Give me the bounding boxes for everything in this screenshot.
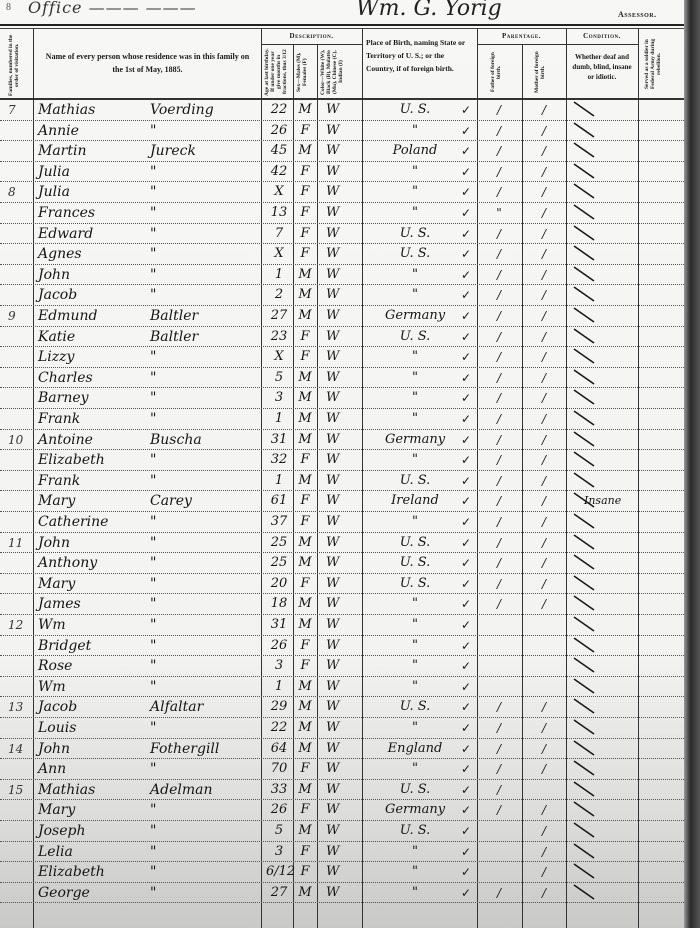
birthplace-cell: " (370, 347, 460, 365)
mother-foreign-cell: / (524, 553, 564, 571)
condition-cell: Insane (568, 491, 636, 509)
color-cell: W (320, 182, 366, 200)
sex-cell: M (294, 430, 316, 448)
given-name-cell: Julia (38, 182, 158, 200)
mother-foreign-cell: / (524, 883, 564, 901)
table-row: Bridget " 26 F W " ✓ (0, 636, 688, 657)
condition-text: Insane (584, 491, 621, 511)
condition-cell (568, 821, 636, 839)
sex-cell: F (294, 121, 316, 139)
sex-cell: M (294, 780, 316, 798)
mother-foreign-cell: / (524, 244, 564, 262)
top-rule (0, 24, 688, 26)
condition-cell (568, 636, 636, 654)
age-cell: 45 (266, 141, 292, 159)
age-cell: 2 (266, 285, 292, 303)
mother-foreign-cell: / (524, 182, 564, 200)
condition-cell (568, 203, 636, 221)
slash-mark-icon (572, 101, 598, 117)
sex-cell: M (294, 718, 316, 736)
table-row: Edward " 7 F W U. S. ✓ / / (0, 224, 688, 245)
father-foreign-cell: / (478, 121, 520, 139)
check-mark-icon: ✓ (458, 409, 474, 427)
birthplace-cell: " (370, 636, 460, 654)
table-row: John " 1 M W " ✓ / / (0, 265, 688, 286)
header-family-number: Families, numbered in the order of visit… (8, 34, 28, 96)
color-cell: W (320, 203, 366, 221)
surname-cell: " (150, 265, 260, 283)
condition-cell (568, 842, 636, 860)
served-cell (640, 100, 685, 118)
birthplace-cell: " (370, 388, 460, 406)
family-number-cell: 14 (8, 739, 30, 757)
table-row: George " 27 M W " ✓ / / (0, 883, 688, 904)
color-cell: W (320, 759, 366, 777)
father-foreign-cell: / (478, 285, 520, 303)
sex-cell: F (294, 574, 316, 592)
surname-cell: " (150, 121, 260, 139)
given-name-cell: Agnes (38, 244, 158, 262)
color-cell: W (320, 244, 366, 262)
father-foreign-cell: / (478, 182, 520, 200)
surname-cell: " (150, 759, 260, 777)
slash-mark-icon (572, 307, 598, 323)
sex-cell: M (294, 471, 316, 489)
check-mark-icon: ✓ (458, 636, 474, 654)
condition-cell (568, 244, 636, 262)
given-name-cell: Jacob (38, 285, 158, 303)
father-foreign-cell: / (478, 574, 520, 592)
assessor-name: Wm. G. Yorig (356, 0, 502, 21)
condition-cell (568, 306, 636, 324)
color-cell: W (320, 533, 366, 551)
condition-cell (568, 656, 636, 674)
served-cell (640, 697, 685, 715)
surname-cell: " (150, 636, 260, 654)
given-name-cell: Barney (38, 388, 158, 406)
family-number-cell (8, 409, 30, 427)
slash-mark-icon (572, 884, 598, 900)
given-name-cell: Bridget (38, 636, 158, 654)
family-number-cell (8, 821, 30, 839)
birthplace-cell: U. S. (370, 553, 460, 571)
birthplace-cell: Germany (370, 430, 460, 448)
condition-cell (568, 162, 636, 180)
table-row: 12 Wm " 31 M W " ✓ (0, 615, 688, 636)
surname-cell: " (150, 203, 260, 221)
sex-cell: F (294, 450, 316, 468)
mother-foreign-cell (524, 780, 564, 798)
color-cell: W (320, 821, 366, 839)
check-mark-icon: ✓ (458, 842, 474, 860)
condition-cell (568, 368, 636, 386)
sex-cell: F (294, 244, 316, 262)
color-cell: W (320, 430, 366, 448)
family-number-cell (8, 368, 30, 386)
assessor-label: Assessor. (618, 10, 657, 19)
table-row: 14 John Fothergill 64 M W England ✓ / / (0, 739, 688, 760)
age-cell: 61 (266, 491, 292, 509)
given-name-cell: Mary (38, 800, 158, 818)
age-cell: 6/12 (266, 862, 292, 880)
birthplace-cell: " (370, 368, 460, 386)
sex-cell: M (294, 409, 316, 427)
age-cell: 33 (266, 780, 292, 798)
slash-mark-icon (572, 122, 598, 138)
family-number-cell: 13 (8, 697, 30, 715)
table-row: 8 Julia " X F W " ✓ / / (0, 182, 688, 203)
given-name-cell: Frank (38, 409, 158, 427)
family-number-cell (8, 656, 30, 674)
mother-foreign-cell: / (524, 306, 564, 324)
color-cell: W (320, 285, 366, 303)
surname-cell: " (150, 883, 260, 901)
surname-cell: " (150, 224, 260, 242)
slash-mark-icon (572, 163, 598, 179)
family-number-cell (8, 450, 30, 468)
family-number-cell (8, 244, 30, 262)
served-cell (640, 615, 685, 633)
served-cell (640, 533, 685, 551)
age-cell: 31 (266, 615, 292, 633)
father-foreign-cell: / (478, 471, 520, 489)
condition-cell (568, 533, 636, 551)
mother-foreign-cell: / (524, 697, 564, 715)
given-name-cell: Frances (38, 203, 158, 221)
table-row: Ann " 70 F W " ✓ / / (0, 759, 688, 780)
table-row: Catherine " 37 F W " ✓ / / (0, 512, 688, 533)
table-row: Elizabeth " 32 F W " ✓ / / (0, 450, 688, 471)
sex-cell: M (294, 141, 316, 159)
father-foreign-cell: / (478, 141, 520, 159)
slash-mark-icon (572, 781, 598, 797)
mother-foreign-cell: / (524, 533, 564, 551)
description-subrule (261, 44, 362, 45)
table-row: Louis " 22 M W " ✓ / / (0, 718, 688, 739)
check-mark-icon: ✓ (458, 883, 474, 901)
family-number-cell (8, 718, 30, 736)
header-color: Color—White (W), Black (B), Mulatto (Mu)… (320, 47, 358, 97)
family-number-cell (8, 574, 30, 592)
mother-foreign-cell: / (524, 759, 564, 777)
check-mark-icon: ✓ (458, 327, 474, 345)
surname-cell: Baltler (150, 306, 260, 324)
given-name-cell: Edmund (38, 306, 158, 324)
surname-cell: " (150, 368, 260, 386)
slash-mark-icon (572, 142, 598, 158)
condition-cell (568, 800, 636, 818)
birthplace-cell: U. S. (370, 533, 460, 551)
condition-cell (568, 677, 636, 695)
sex-cell: F (294, 842, 316, 860)
given-name-cell: George (38, 883, 158, 901)
family-number-cell (8, 388, 30, 406)
age-cell: X (266, 244, 292, 262)
table-row: Rose " 3 F W " ✓ (0, 656, 688, 677)
header-description: Description. (261, 32, 362, 40)
check-mark-icon: ✓ (458, 615, 474, 633)
color-cell: W (320, 739, 366, 757)
father-foreign-cell: / (478, 162, 520, 180)
served-cell (640, 430, 685, 448)
sex-cell: M (294, 883, 316, 901)
surname-cell: " (150, 450, 260, 468)
header-parentage: Parentage. (477, 32, 566, 40)
birthplace-cell: " (370, 718, 460, 736)
birthplace-cell: Germany (370, 800, 460, 818)
father-foreign-cell: / (478, 594, 520, 612)
given-name-cell: Joseph (38, 821, 158, 839)
birthplace-cell: " (370, 594, 460, 612)
father-foreign-cell: / (478, 368, 520, 386)
parentage-subrule (477, 44, 566, 45)
table-row: Julia " 42 F W " ✓ / / (0, 162, 688, 183)
condition-cell (568, 862, 636, 880)
birthplace-cell: U. S. (370, 780, 460, 798)
slash-mark-icon (572, 575, 598, 591)
check-mark-icon: ✓ (458, 347, 474, 365)
father-foreign-cell: / (478, 718, 520, 736)
given-name-cell: Martin (38, 141, 158, 159)
slash-mark-icon (572, 534, 598, 550)
check-mark-icon: ✓ (458, 491, 474, 509)
age-cell: 70 (266, 759, 292, 777)
mother-foreign-cell: / (524, 347, 564, 365)
served-cell (640, 553, 685, 571)
served-cell (640, 121, 685, 139)
given-name-cell: Elizabeth (38, 450, 158, 468)
family-number-cell: 8 (8, 182, 30, 200)
father-foreign-cell: / (478, 512, 520, 530)
given-name-cell: Lizzy (38, 347, 158, 365)
condition-cell (568, 121, 636, 139)
father-foreign-cell (478, 656, 520, 674)
birthplace-cell: " (370, 677, 460, 695)
given-name-cell: Jacob (38, 697, 158, 715)
color-cell: W (320, 615, 366, 633)
age-cell: 32 (266, 450, 292, 468)
birthplace-cell: " (370, 121, 460, 139)
check-mark-icon: ✓ (458, 594, 474, 612)
father-foreign-cell (478, 821, 520, 839)
header-birthplace: Place of Birth, naming State or Territor… (366, 36, 474, 75)
family-number-cell (8, 162, 30, 180)
served-cell (640, 574, 685, 592)
given-name-cell: Edward (38, 224, 158, 242)
slash-mark-icon (572, 389, 598, 405)
slash-mark-icon (572, 801, 598, 817)
check-mark-icon: ✓ (458, 553, 474, 571)
served-cell (640, 718, 685, 736)
given-name-cell: Elizabeth (38, 862, 158, 880)
family-number-cell (8, 327, 30, 345)
served-cell (640, 347, 685, 365)
family-number-cell (8, 636, 30, 654)
family-number-cell (8, 471, 30, 489)
birthplace-cell: England (370, 739, 460, 757)
sex-cell: F (294, 182, 316, 200)
sex-cell: F (294, 759, 316, 777)
slash-mark-icon (572, 369, 598, 385)
mother-foreign-cell: / (524, 450, 564, 468)
age-cell: 1 (266, 265, 292, 283)
surname-cell: " (150, 285, 260, 303)
birthplace-cell: " (370, 265, 460, 283)
birthplace-cell: U. S. (370, 471, 460, 489)
given-name-cell: Lelia (38, 842, 158, 860)
age-cell: 18 (266, 594, 292, 612)
mother-foreign-cell: / (524, 574, 564, 592)
mother-foreign-cell: / (524, 821, 564, 839)
condition-cell (568, 471, 636, 489)
surname-cell: Fothergill (150, 739, 260, 757)
given-name-cell: Mary (38, 491, 158, 509)
served-cell (640, 780, 685, 798)
served-cell (640, 244, 685, 262)
family-number-cell (8, 347, 30, 365)
age-cell: 1 (266, 471, 292, 489)
color-cell: W (320, 388, 366, 406)
age-cell: 7 (266, 224, 292, 242)
header-condition: Condition. (566, 32, 638, 40)
family-number-cell (8, 677, 30, 695)
color-cell: W (320, 471, 366, 489)
served-cell (640, 471, 685, 489)
age-cell: 13 (266, 203, 292, 221)
surname-cell: " (150, 388, 260, 406)
check-mark-icon: ✓ (458, 368, 474, 386)
father-foreign-cell: / (478, 224, 520, 242)
father-foreign-cell (478, 615, 520, 633)
condition-cell (568, 285, 636, 303)
check-mark-icon: ✓ (458, 821, 474, 839)
family-number-cell (8, 491, 30, 509)
served-cell (640, 141, 685, 159)
served-cell (640, 842, 685, 860)
father-foreign-cell (478, 862, 520, 880)
mother-foreign-cell (524, 656, 564, 674)
color-cell: W (320, 862, 366, 880)
age-cell: 5 (266, 368, 292, 386)
sex-cell: F (294, 491, 316, 509)
surname-cell: Voerding (150, 100, 260, 118)
table-row: Joseph " 5 M W U. S. ✓ / (0, 821, 688, 842)
age-cell: X (266, 182, 292, 200)
table-row: Charles " 5 M W " ✓ / / (0, 368, 688, 389)
slash-mark-icon (572, 451, 598, 467)
mother-foreign-cell: / (524, 265, 564, 283)
header-father: Father of foreign birth. (490, 48, 510, 96)
given-name-cell: Mathias (38, 100, 158, 118)
surname-cell: " (150, 533, 260, 551)
condition-cell (568, 512, 636, 530)
served-cell (640, 368, 685, 386)
check-mark-icon: ✓ (458, 656, 474, 674)
slash-mark-icon (572, 740, 598, 756)
birthplace-cell: Poland (370, 141, 460, 159)
family-number-cell (8, 883, 30, 901)
sex-cell: F (294, 327, 316, 345)
mother-foreign-cell: / (524, 594, 564, 612)
age-cell: 3 (266, 388, 292, 406)
family-number-cell (8, 203, 30, 221)
surname-cell: " (150, 574, 260, 592)
given-name-cell: John (38, 739, 158, 757)
color-cell: W (320, 697, 366, 715)
slash-mark-icon (572, 554, 598, 570)
surname-cell: " (150, 512, 260, 530)
birthplace-cell: U. S. (370, 244, 460, 262)
top-rule-secondary (0, 28, 688, 29)
condition-cell (568, 697, 636, 715)
father-foreign-cell: / (478, 883, 520, 901)
slash-mark-icon (572, 204, 598, 220)
served-cell (640, 327, 685, 345)
condition-cell (568, 409, 636, 427)
slash-mark-icon (572, 843, 598, 859)
father-foreign-cell: / (478, 553, 520, 571)
slash-mark-icon (572, 513, 598, 529)
given-name-cell: Ann (38, 759, 158, 777)
birthplace-cell: U. S. (370, 821, 460, 839)
condition-cell (568, 780, 636, 798)
surname-cell: " (150, 842, 260, 860)
condition-cell (568, 594, 636, 612)
slash-mark-icon (572, 719, 598, 735)
served-cell (640, 285, 685, 303)
age-cell: 25 (266, 553, 292, 571)
birthplace-cell: Germany (370, 306, 460, 324)
table-row: 15 Mathias Adelman 33 M W U. S. ✓ / (0, 780, 688, 801)
age-cell: 22 (266, 718, 292, 736)
family-number-cell: 12 (8, 615, 30, 633)
surname-cell: Alfaltar (150, 697, 260, 715)
page-binding-edge (684, 0, 700, 928)
header-condition-detail: Whether deaf and dumb, blind, insane or … (570, 52, 634, 82)
family-number-cell (8, 265, 30, 283)
slash-mark-icon (572, 266, 598, 282)
header-name: Name of every person whose residence was… (40, 50, 255, 76)
mother-foreign-cell: / (524, 121, 564, 139)
age-cell: 31 (266, 430, 292, 448)
slash-mark-icon (572, 678, 598, 694)
condition-cell (568, 553, 636, 571)
condition-cell (568, 265, 636, 283)
check-mark-icon: ✓ (458, 265, 474, 283)
condition-cell (568, 574, 636, 592)
slash-mark-icon (572, 595, 598, 611)
color-cell: W (320, 306, 366, 324)
given-name-cell: John (38, 265, 158, 283)
father-foreign-cell: / (478, 409, 520, 427)
mother-foreign-cell: / (524, 388, 564, 406)
birthplace-cell: " (370, 759, 460, 777)
given-name-cell: Louis (38, 718, 158, 736)
served-cell (640, 759, 685, 777)
mother-foreign-cell: / (524, 327, 564, 345)
birthplace-cell: U. S. (370, 100, 460, 118)
family-number-cell (8, 121, 30, 139)
table-row: 11 John " 25 M W U. S. ✓ / / (0, 533, 688, 554)
family-number-cell: 7 (8, 100, 30, 118)
table-row: Elizabeth " 6/12 F W " ✓ / (0, 862, 688, 883)
given-name-cell: Rose (38, 656, 158, 674)
sex-cell: F (294, 347, 316, 365)
check-mark-icon: ✓ (458, 759, 474, 777)
served-cell (640, 821, 685, 839)
slash-mark-icon (572, 616, 598, 632)
condition-cell (568, 347, 636, 365)
